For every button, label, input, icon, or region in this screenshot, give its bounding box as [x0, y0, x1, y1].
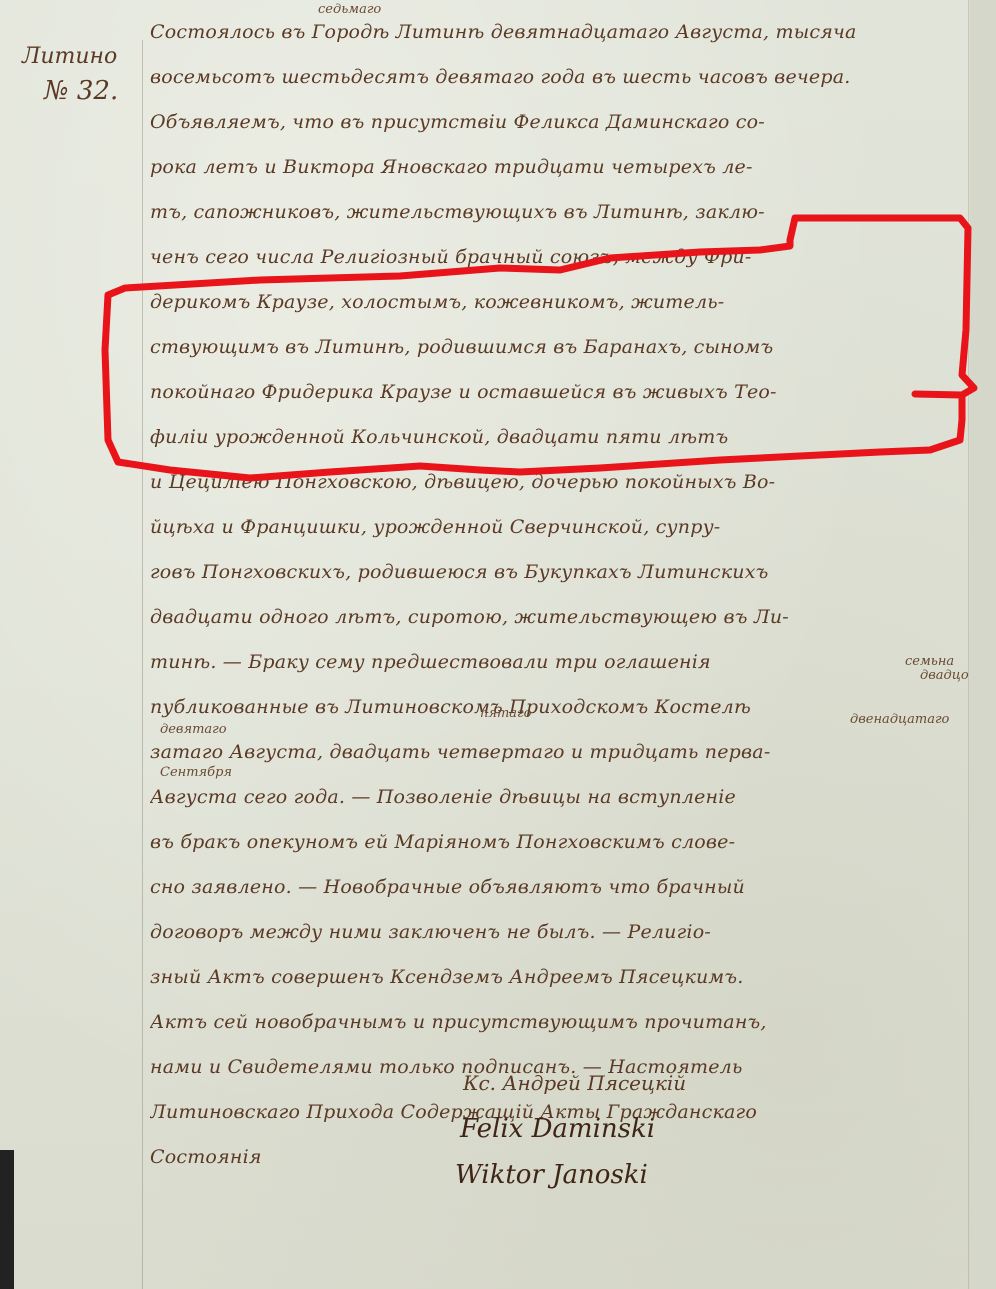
margin-place: Литино: [22, 44, 117, 69]
body-line: Объявляемъ, что въ присутствіи Феликса Д…: [150, 100, 965, 145]
body-line: договоръ между ними заключенъ не былъ. —…: [150, 910, 965, 955]
body-line: сно заявлено. — Новобрачные объявляютъ ч…: [150, 865, 965, 910]
record-body: Состоялось въ Городѣ Литинѣ девятнадцата…: [150, 10, 965, 1180]
signature-priest: Кс. Андрей Пясецкій: [455, 1060, 855, 1106]
act-number: № 32.: [22, 74, 137, 108]
interlinear-note: Сентября: [160, 765, 232, 780]
body-line: тинѣ. — Браку сему предшествовали три ог…: [150, 640, 965, 685]
body-line: дерикомъ Краузе, холостымъ, кожевникомъ,…: [150, 280, 965, 325]
body-line: тъ, сапожниковъ, жительствующихъ въ Лити…: [150, 190, 965, 235]
interlinear-note: пятаго: [480, 706, 531, 721]
signature-witness-1: Felix Daminski: [455, 1106, 855, 1152]
interlinear-note: семьна: [905, 654, 954, 669]
body-line: зный Актъ совершенъ Ксендземъ Андреемъ П…: [150, 955, 965, 1000]
adjacent-page-edge: [970, 0, 996, 1289]
body-line: покойнаго Фридерика Краузе и оставшейся …: [150, 370, 965, 415]
body-line: филіи урожденной Кольчинской, двадцати п…: [150, 415, 965, 460]
body-line: восемьсотъ шестьдесятъ девятаго года въ …: [150, 55, 965, 100]
body-line: Актъ сей новобрачнымъ и присутствующимъ …: [150, 1000, 965, 1045]
margin-rule: [142, 40, 143, 1289]
body-line: Августа сего года. — Позволеніе дѣвицы н…: [150, 775, 965, 820]
body-line: затаго Августа, двадцать четвертаго и тр…: [150, 730, 965, 775]
interlinear-note: двенадцатаго: [850, 712, 949, 727]
body-line: ствующимъ въ Литинѣ, родившимся въ Баран…: [150, 325, 965, 370]
body-line: въ бракъ опекуномъ ей Маріяномъ Понгховс…: [150, 820, 965, 865]
signature-witness-2: Wiktor Janoski: [455, 1152, 855, 1198]
interlinear-note: седьмаго: [318, 2, 381, 17]
body-line: и Цециліею Понгховскою, дѣвицею, дочерью…: [150, 460, 965, 505]
body-line: рока летъ и Виктора Яновскаго тридцати ч…: [150, 145, 965, 190]
interlinear-note: девятаго: [160, 722, 227, 737]
body-line: двадцати одного лѣтъ, сиротою, жительств…: [150, 595, 965, 640]
body-line: Состоялось въ Городѣ Литинѣ девятнадцата…: [150, 10, 965, 55]
body-line: говъ Понгховскихъ, родившеюся въ Букупка…: [150, 550, 965, 595]
interlinear-note: двадцо: [920, 668, 969, 683]
body-line: публикованные въ Литиновскомъ Приходском…: [150, 685, 965, 730]
document-scan: Литино № 32. Состоялось въ Городѣ Литинѣ…: [0, 0, 996, 1289]
scan-border: [0, 1150, 14, 1289]
margin-note: Литино № 32.: [22, 40, 137, 108]
body-line: йцѣха и Францишки, урожденной Сверчинско…: [150, 505, 965, 550]
signature-block: Кс. Андрей Пясецкій Felix Daminski Wikto…: [455, 1060, 855, 1198]
body-line: ченъ сего числа Религіозный брачный союз…: [150, 235, 965, 280]
